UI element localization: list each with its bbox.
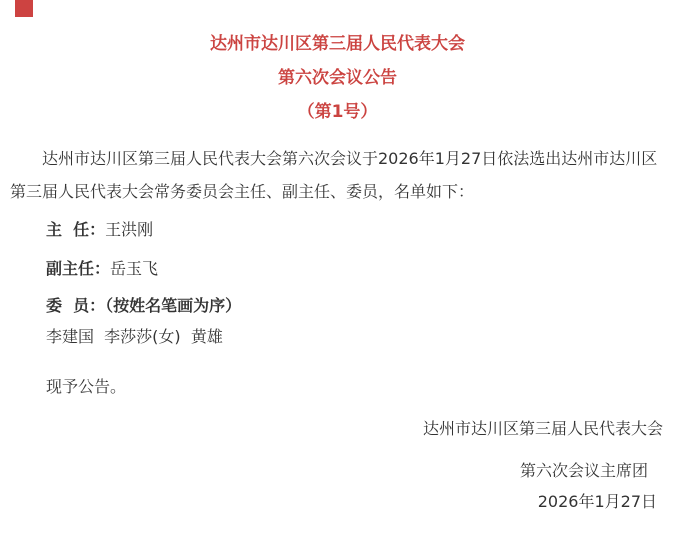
signature-presidium: 第六次会议主席团 (10, 462, 648, 479)
appointment-row-chairman: 主 任：王洪刚 (10, 221, 665, 238)
announcement-title-line-1: 达州市达川区第三届人民代表大会 (10, 27, 665, 61)
appointment-row-members-heading: 委 员：（按姓名笔画为序） (10, 297, 665, 314)
appointment-row-vice-chairman: 副主任：岳玉飞 (10, 260, 665, 277)
appointment-row-member-names: 李建国 李莎莎(女) 黄雄 (10, 328, 665, 345)
appointment-label: 主 任： (46, 220, 105, 239)
signature-org: 达州市达川区第三届人民代表大会 (10, 420, 663, 437)
announcement-title-line-3: （第1号） (10, 95, 665, 129)
appointment-name-list: 李建国 李莎莎(女) 黄雄 (46, 327, 223, 346)
appointment-label: 副主任： (46, 259, 110, 278)
announcement-page: 达州市达川区第三届人民代表大会 第六次会议公告 （第1号） 达州市达川区第三届人… (0, 0, 675, 539)
appointment-note: （按姓名笔画为序） (105, 296, 241, 315)
body-paragraph: 达州市达川区第三届人民代表大会第六次会议于2026年1月27日依法选出达州市达川… (10, 142, 661, 208)
announcement-title-line-2: 第六次会议公告 (10, 61, 665, 95)
appointment-label: 委 员： (46, 296, 105, 315)
closing-statement: 现予公告。 (10, 378, 665, 395)
document-content: 达州市达川区第三届人民代表大会 第六次会议公告 （第1号） 达州市达川区第三届人… (0, 27, 675, 510)
signature-date: 2026年1月27日 (10, 493, 657, 510)
red-corner-mark-icon (15, 0, 33, 17)
appointment-name: 王洪刚 (105, 220, 153, 239)
appointment-name: 岳玉飞 (110, 259, 158, 278)
